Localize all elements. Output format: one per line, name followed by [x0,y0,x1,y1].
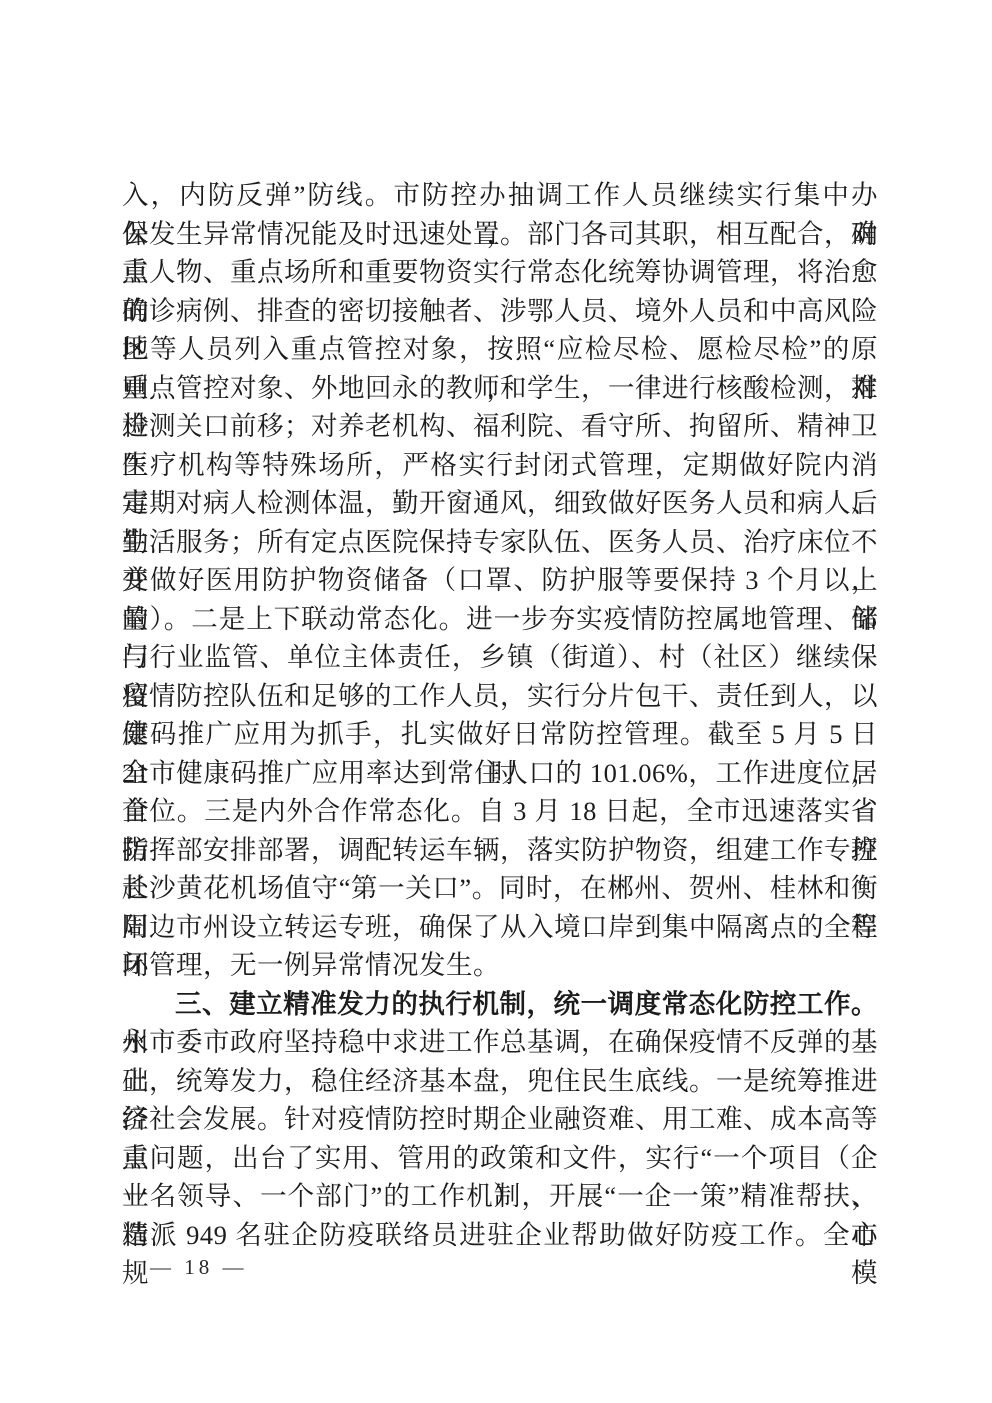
text-line: 指挥部安排部署，调配转运车辆，落实防护物资，组建工作专班赴 [122,831,878,870]
text-line: 康码推广应用为抓手，扎实做好日常防控管理。截至 5 月 5 日 21 时， [122,715,878,754]
document-text: 入，内防反弹”防线。市防控办抽调工作人员继续实行集中办公，确保发生异常情况能及时… [122,176,878,1254]
text-line: 首位。三是内外合作常态化。自 3 月 18 日起，全市迅速落实省防控 [122,792,878,831]
text-line: 一名领导、一个部门”的工作机制，开展“一企一策”精准帮扶，精心 [122,1177,878,1216]
section-heading-bold: 三、建立精准发力的执行机制，统一调度常态化防控工作。 [175,989,878,1019]
text-line: 点人物、重点场所和重要物资实行常态化统筹协调管理，将治愈的 [122,253,878,292]
text-line: 定期对病人检测体温，勤开窗通风，细致做好医务人员和病人后勤 [122,484,878,523]
text-line: 确诊病例、排查的密切接触者、涉鄂人员、境外人员和中高风险地 [122,292,878,331]
text-line: 上，统筹发力，稳住经济基本盘，兜住民生底线。一是统筹推进经 [122,1062,878,1101]
text-line: 重点管控对象、外地回永的教师和学生，一律进行核酸检测，推进 [122,369,878,408]
text-line: 选派 949 名驻企防疫联络员进驻企业帮助做好防疫工作。全市规模 [122,1216,878,1255]
text-segment: 环管理，无一例异常情况发生。 [122,950,500,980]
text-line: 入，内防反弹”防线。市防控办抽调工作人员继续实行集中办公，确 [122,176,878,215]
text-line: 疫情防控队伍和足够的工作人员，实行分片包干、责任到人，以健 [122,677,878,716]
text-line: 生活服务；所有定点医院保持专家队伍、医务人员、治疗床位不变， [122,523,878,562]
text-line: 量）。二是上下联动常态化。进一步夯实疫情防控属地管理、部门 [122,600,878,639]
text-line: 环管理，无一例异常情况发生。 [122,946,878,985]
text-line: 长沙黄花机场值守“第一关口”。同时，在郴州、贺州、桂林和衡阳等 [122,869,878,908]
text-line: 医疗机构等特殊场所，严格实行封闭式管理，定期做好院内消毒、 [122,446,878,485]
text-line: 与行业监管、单位主体责任，乡镇（街道）、村（社区）继续保留 [122,638,878,677]
text-line: 全市健康码推广应用率达到常住人口的 101.06%，工作进度位居全省 [122,754,878,793]
text-line: 三、建立精准发力的执行机制，统一调度常态化防控工作。永 [122,985,878,1024]
text-line: 区等人员列入重点管控对象，按照“应检尽检、愿检尽检”的原则，对 [122,330,878,369]
text-line: 检测关口前移；对养老机构、福利院、看守所、拘留所、精神卫生 [122,407,878,446]
document-page: 入，内防反弹”防线。市防控办抽调工作人员继续实行集中办公，确保发生异常情况能及时… [0,0,992,1403]
text-line: 济社会发展。针对疫情防控时期企业融资难、用工难、成本高等重 [122,1100,878,1139]
text-line: 点问题，出台了实用、管用的政策和文件，实行“一个项目（企业）、 [122,1139,878,1178]
text-line: 保发生异常情况能及时迅速处置。部门各司其职，相互配合，对重 [122,215,878,254]
page-number: — 18 — [150,1252,248,1282]
text-line: 周边市州设立转运专班，确保了从入境口岸到集中隔离点的全程闭 [122,908,878,947]
text-line: 并做好医用防护物资储备（口罩、防护服等要保持 3 个月以上的储 [122,561,878,600]
text-line: 州市委市政府坚持稳中求进工作总基调，在确保疫情不反弹的基础 [122,1023,878,1062]
